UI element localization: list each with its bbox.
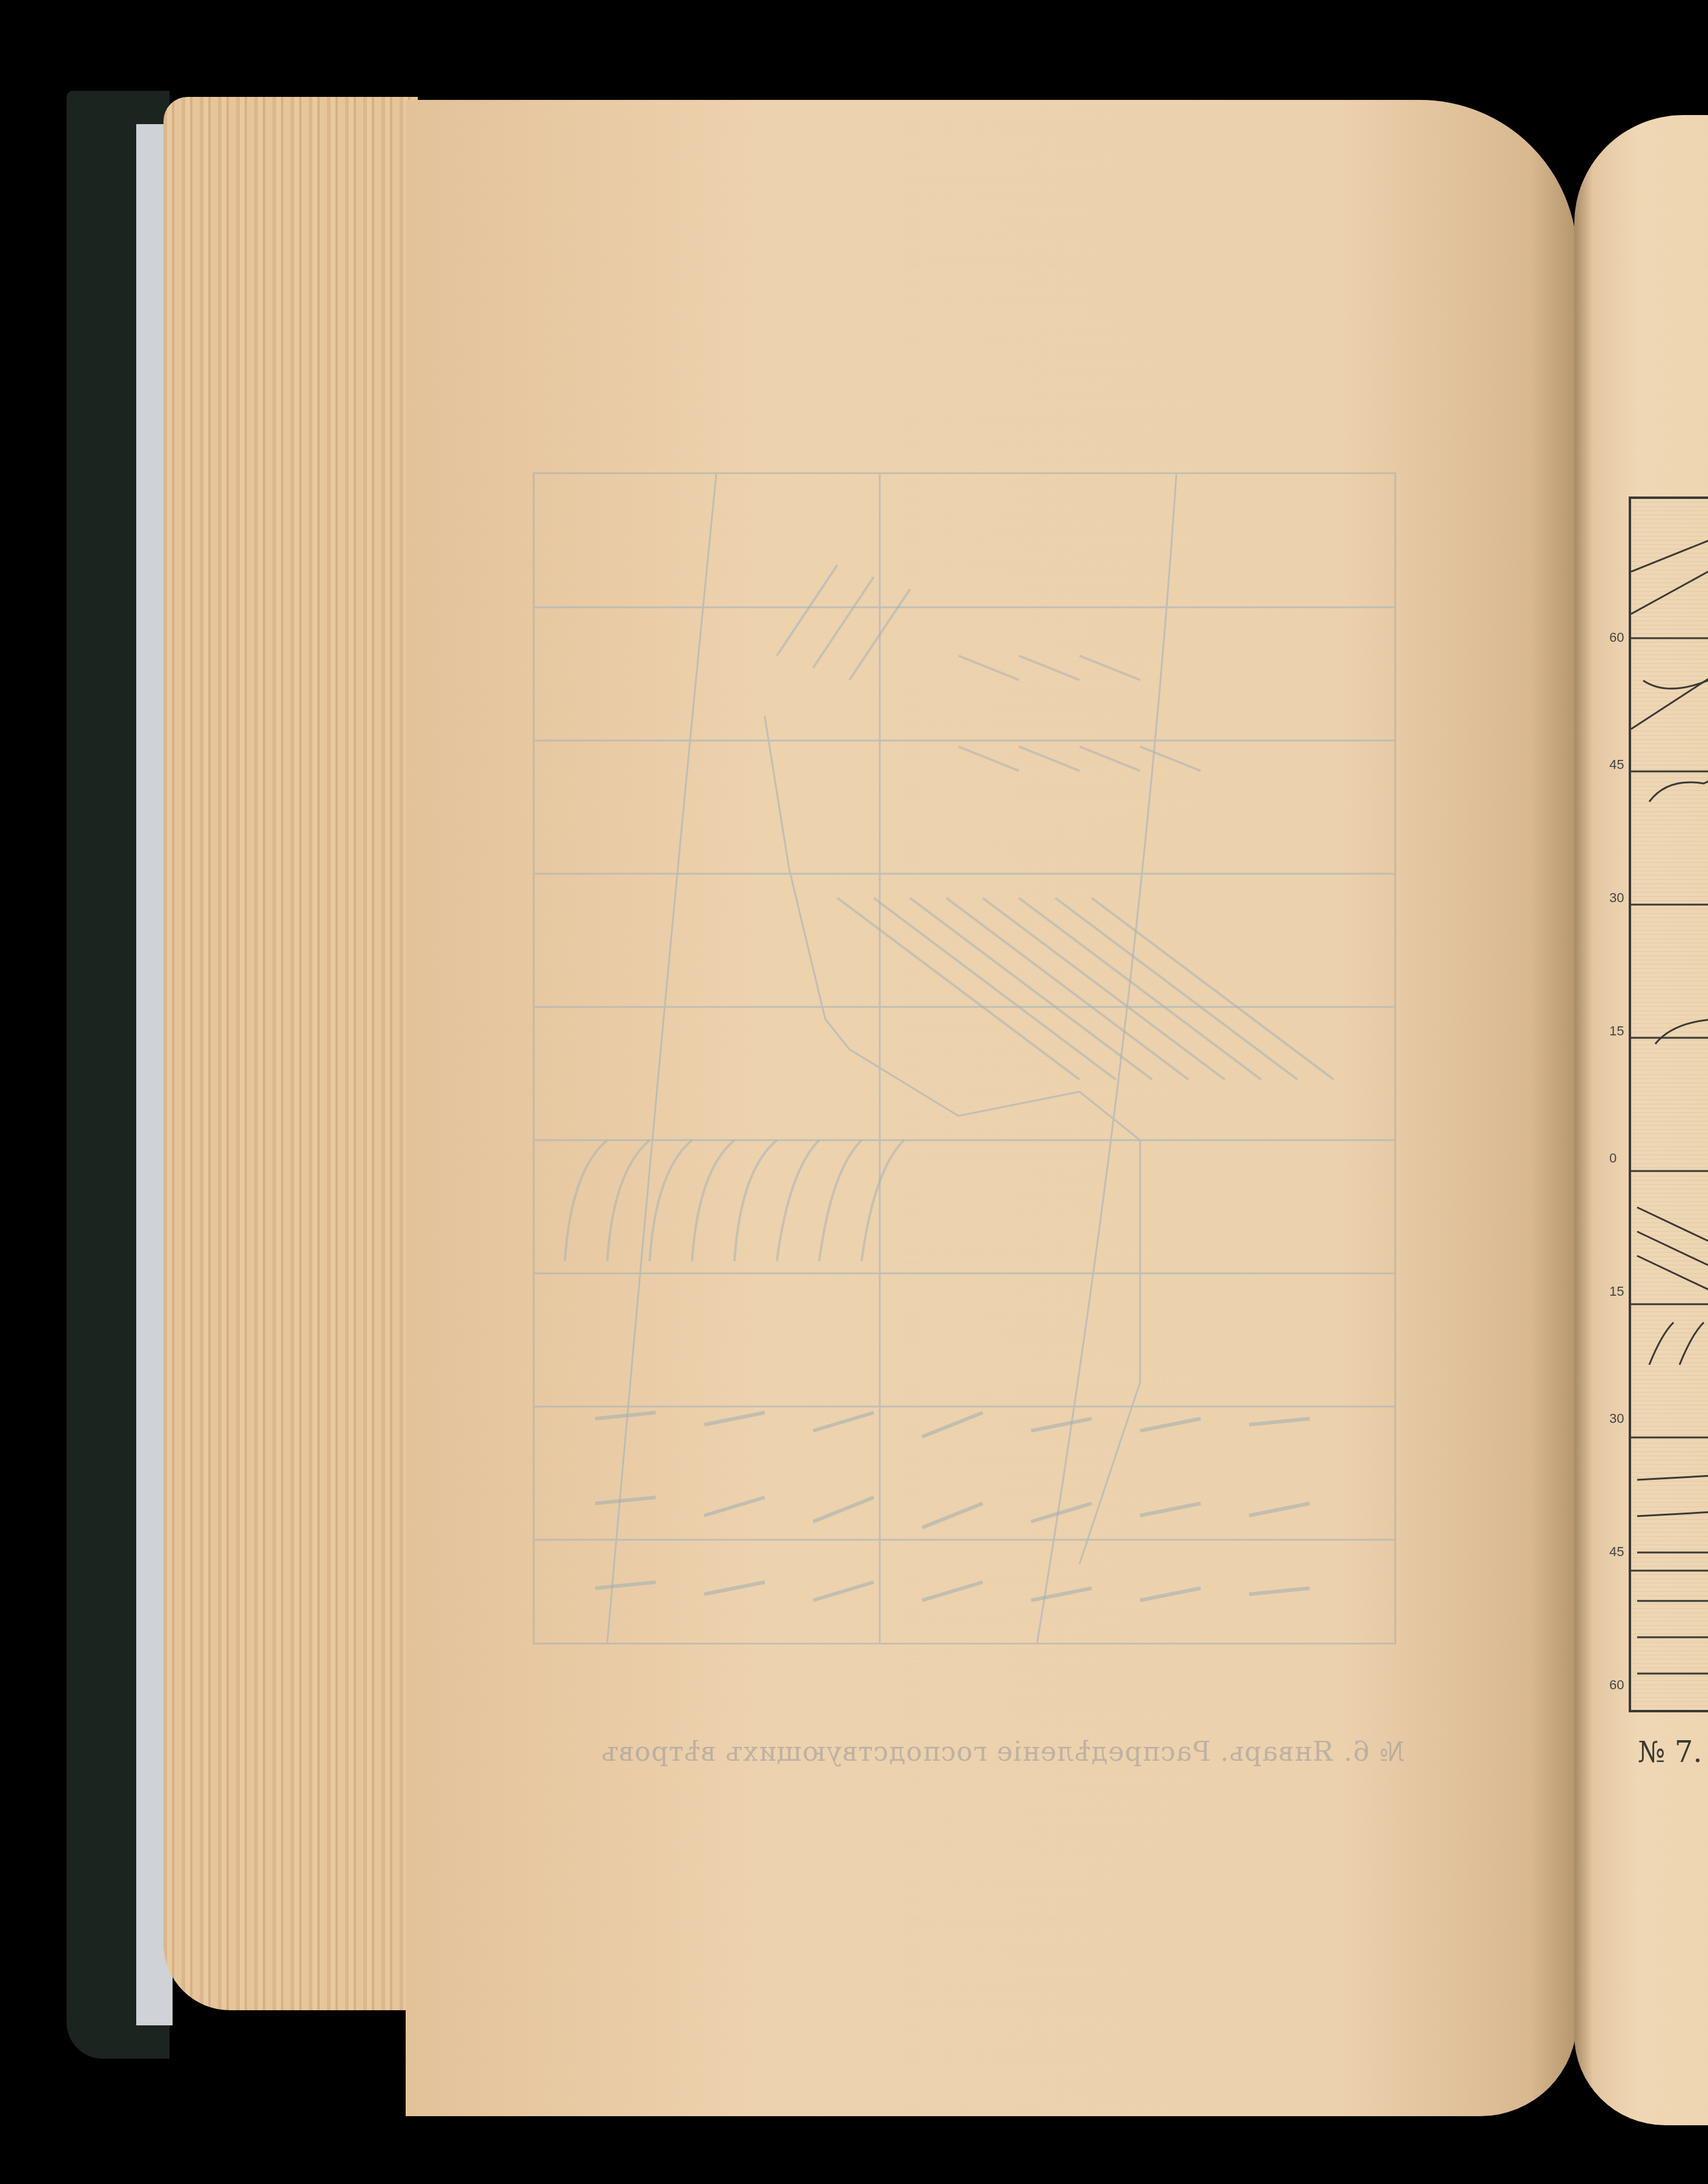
lat-label: 15 <box>1609 1284 1624 1299</box>
lat-label: 60 <box>1609 1677 1624 1693</box>
lat-label: 60 <box>1609 630 1624 645</box>
mirrored-map-caption: № 6. Январь. Распредѣленіе господствующи… <box>612 1737 1405 1767</box>
lat-label: 15 <box>1609 1023 1624 1039</box>
show-through-wind-map <box>533 472 1396 1645</box>
page-stack <box>163 97 418 2010</box>
lat-label: 45 <box>1609 1544 1624 1560</box>
lat-label: 0 <box>1609 1150 1617 1166</box>
right-map-number: № 7. <box>1638 1735 1702 1769</box>
right-map-lines <box>1631 499 1708 1710</box>
lat-label: 45 <box>1609 757 1624 773</box>
wind-arrows <box>535 474 1394 1643</box>
lat-label: 30 <box>1609 890 1624 906</box>
right-wind-map <box>1629 497 1708 1712</box>
lat-label: 30 <box>1609 1411 1624 1427</box>
